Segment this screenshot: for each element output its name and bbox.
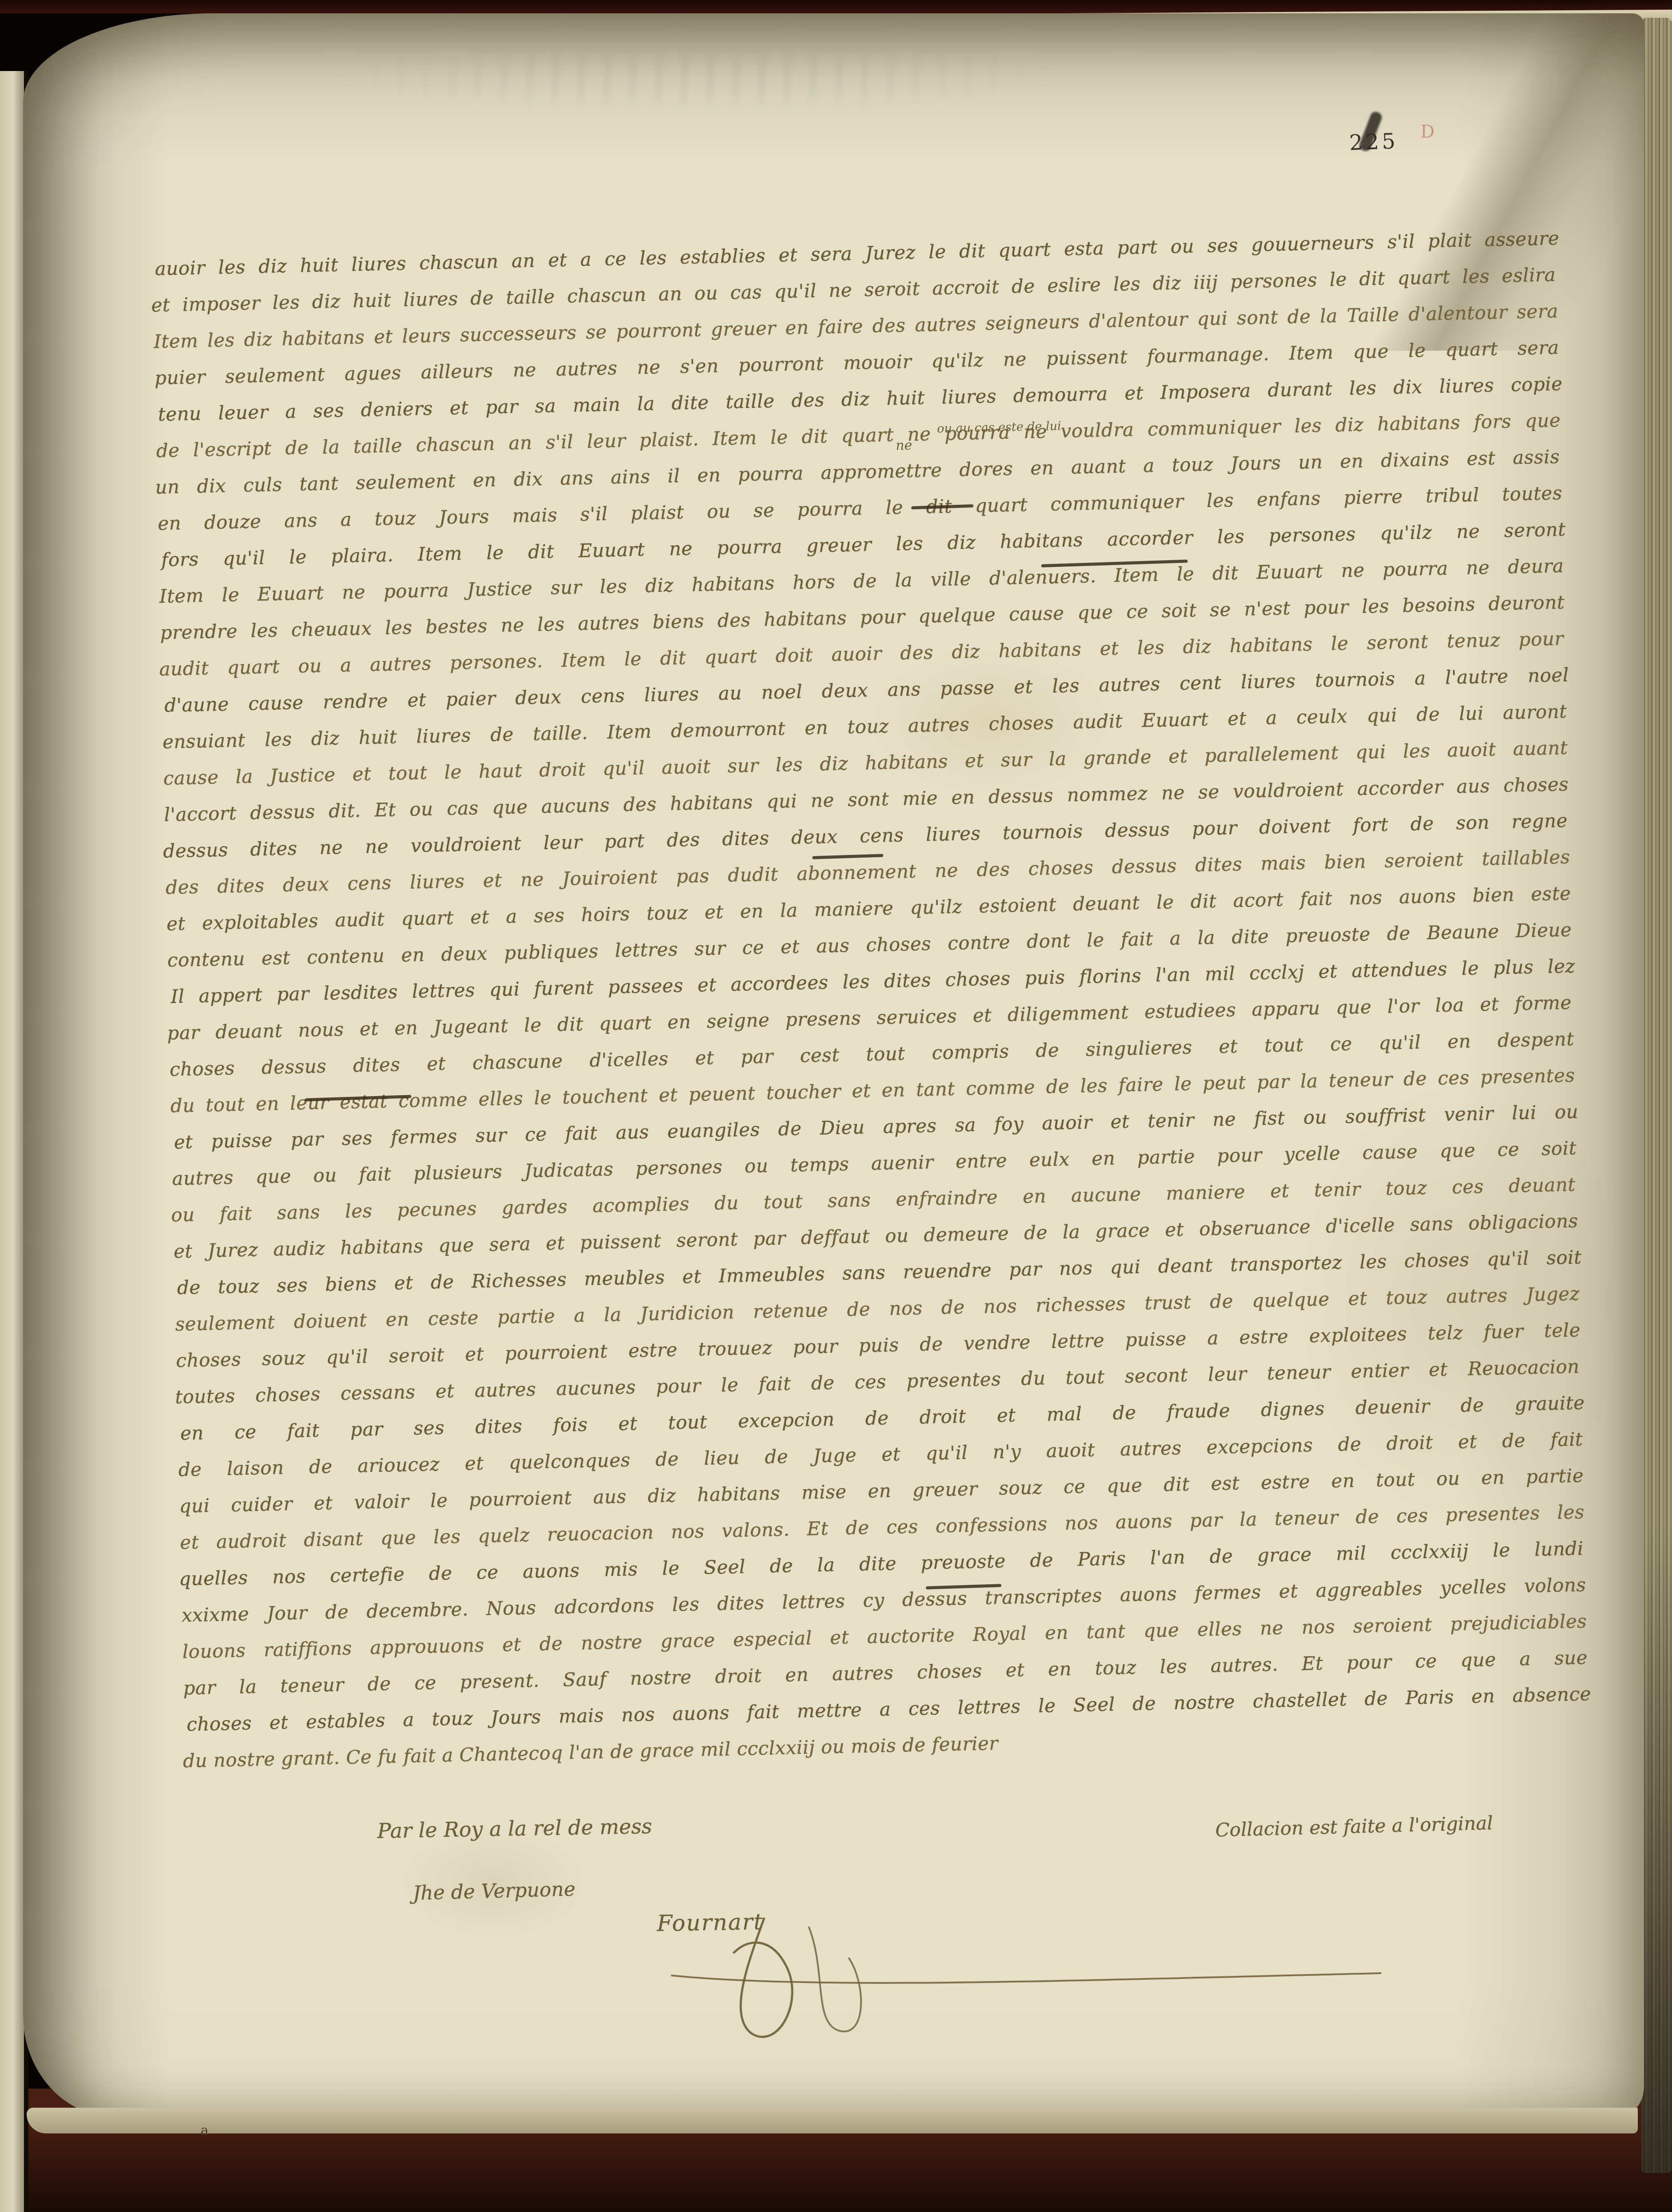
page-stack-fore-edge xyxy=(1641,18,1672,2173)
manuscript-text-block: auoir les diz huit liures chascun an et … xyxy=(152,220,1596,1780)
red-margin-mark: D xyxy=(1420,122,1435,142)
interlinear-insertion: ne xyxy=(896,438,913,454)
manuscript-lines: auoir les diz huit liures chascun an et … xyxy=(152,220,1596,1780)
royal-authorization-note: Par le Roy a la rel de mess xyxy=(377,1814,652,1843)
bleedthrough-ghost-text xyxy=(312,45,1088,112)
secretary-signature: Fournart xyxy=(657,1909,764,1936)
quire-signature-mark: a xyxy=(201,2123,209,2138)
interlinear-addition: ou au cas este de lui xyxy=(937,419,1061,435)
relator-name: Jhe de Verpuone xyxy=(412,1878,576,1905)
parchment-page: 225 D auoir les diz huit liures chascun … xyxy=(23,13,1644,2117)
under-leaf-edge xyxy=(27,2108,1638,2133)
manuscript-photo-page: { "folio": { "number": "225", "red_margi… xyxy=(0,0,1672,2212)
collation-note: Collacion est faite a l'original xyxy=(1215,1812,1493,1841)
